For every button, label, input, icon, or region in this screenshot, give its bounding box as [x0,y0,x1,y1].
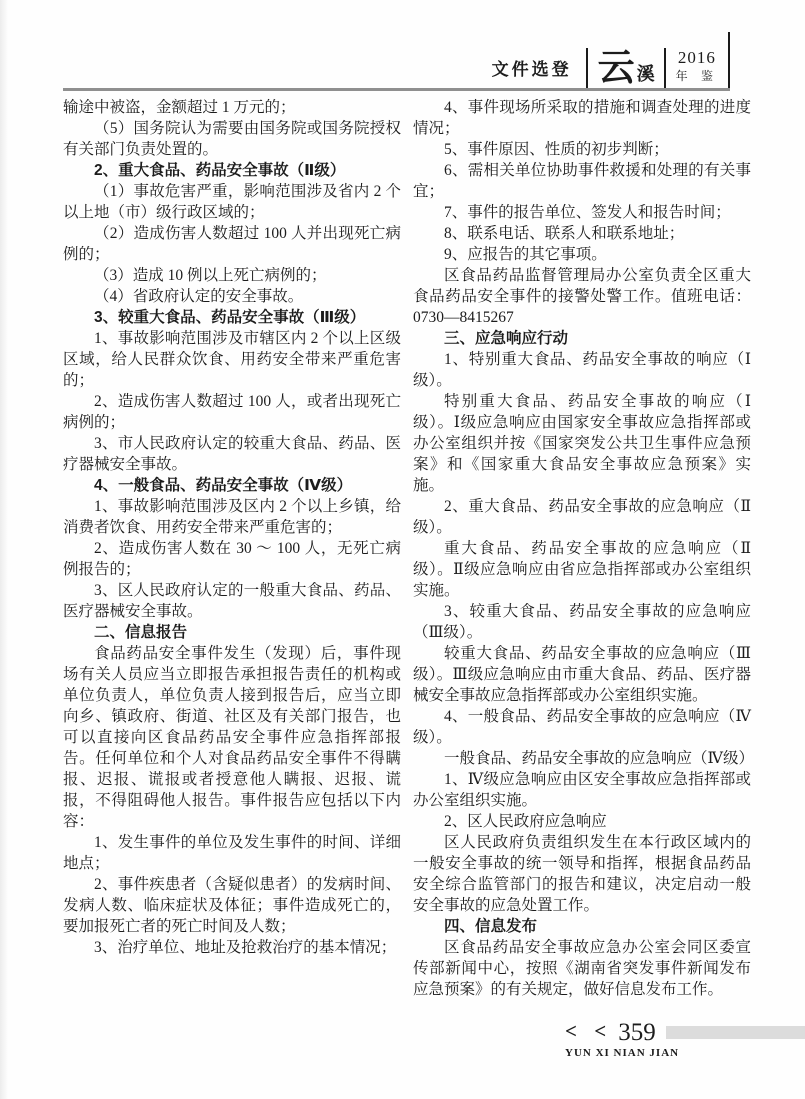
paragraph: 食品药品安全事件发生（发现）后，事件现场有关人员应当立即报告承担报告责任的机构或… [63,643,401,832]
footer-bar [666,1026,805,1039]
paragraph: 重大食品、药品安全事故的应急响应（Ⅱ级）。Ⅱ级应急响应由省应急指挥部或办公室组织… [413,538,751,601]
paragraph: 5、事件原因、性质的初步判断； [413,139,751,160]
brand-character-large: 云 [598,49,635,86]
paragraph: （1）事故危害严重，影响范围涉及省内 2 个以上地（市）级行政区域的； [63,181,401,223]
brand-logo: 云 溪 [588,49,664,88]
paragraph: 2、区人民政府应急响应 [413,811,751,832]
page-header: 文件选登 云 溪 2016 年 鉴 [63,30,730,88]
paragraph: 3、较重大食品、药品安全事故的应急响应（Ⅲ级）。 [413,601,751,643]
paragraph: 7、事件的报告单位、签发人和报告时间； [413,202,751,223]
footer-romanization: YUN XI NIAN JIAN [565,1047,805,1059]
text-column-left: 输途中被盗，金额超过 1 万元的；（5）国务院认为需要由国务院或国务院授权有关部… [63,97,401,958]
section-heading: 三、应急响应行动 [413,328,751,349]
paragraph: 输途中被盗，金额超过 1 万元的； [63,97,401,118]
paragraph: 8、联系电话、联系人和联系地址； [413,223,751,244]
paragraph: （2）造成伤害人数超过 100 人并出现死亡病例的； [63,223,401,265]
paragraph: 1、特别重大食品、药品安全事故的响应（Ⅰ级）。 [413,349,751,391]
brand-character-small: 溪 [637,65,655,86]
paragraph: 6、需相关单位协助事件救援和处理的有关事宜； [413,160,751,202]
year-badge: 2016 年 鉴 [666,49,728,88]
paragraph: 1、发生事件的单位及发生事件的时间、详细地点； [63,832,401,874]
paragraph: 区食品药品安全事故应急办公室会同区委宣传部新闻中心，按照《湖南省突发事件新闻发布… [413,937,751,1000]
section-heading: 四、信息发布 [413,916,751,937]
paragraph: 2、重大食品、药品安全事故的应急响应（Ⅱ级）。 [413,496,751,538]
paragraph: 较重大食品、药品安全事故的应急响应（Ⅲ级）。Ⅲ级应急响应由市重大食品、药品、医疗… [413,643,751,706]
section-label: 文件选登 [492,55,572,88]
header-divider [728,32,730,88]
paragraph: 1、Ⅳ级应急响应由区安全事故应急指挥部或办公室组织实施。 [413,769,751,811]
paragraph: 1、事故影响范围涉及区内 2 个以上乡镇，给消费者饮食、用药安全带来严重危害的； [63,496,401,538]
paragraph: （3）造成 10 例以上死亡病例的； [63,265,401,286]
section-heading: 3、较重大食品、药品安全事故（Ⅲ级） [63,307,401,328]
paragraph: 区食品药品监督管理局办公室负责全区重大食品药品安全事件的接警处警工作。值班电话：… [413,265,751,328]
year-number: 2016 [678,49,716,68]
year-suffix: 年 鉴 [676,69,718,85]
paragraph: 3、区人民政府认定的一般重大食品、药品、医疗器械安全事故。 [63,580,401,622]
paragraph: （5）国务院认为需要由国务院或国务院授权有关部门负责处置的。 [63,118,401,160]
page-footer: < < 359 YUN XI NIAN JIAN [565,1020,805,1059]
paragraph: 4、事件现场所采取的措施和调查处理的进度情况； [413,97,751,139]
footer-row: < < 359 [565,1020,805,1045]
paragraph: （4）省政府认定的安全事故。 [63,286,401,307]
section-heading: 2、重大食品、药品安全事故（Ⅱ级） [63,160,401,181]
page-chevrons-icon: < < [565,1021,612,1044]
paragraph: 2、造成伤害人数超过 100 人，或者出现死亡病例的； [63,391,401,433]
page-edge-shading [0,0,8,1099]
section-heading: 二、信息报告 [63,622,401,643]
paragraph: 9、应报告的其它事项。 [413,244,751,265]
header-rule [63,88,730,91]
paragraph: 3、市人民政府认定的较重大食品、药品、医疗器械安全事故。 [63,433,401,475]
paragraph: 1、事故影响范围涉及市辖区内 2 个以上区级区域，给人民群众饮食、用药安全带来严… [63,328,401,391]
paragraph: 一般食品、药品安全事故的应急响应（Ⅳ级） [413,748,751,769]
paragraph: 特别重大食品、药品安全事故的响应（Ⅰ级）。Ⅰ级应急响应由国家安全事故应急指挥部或… [413,391,751,496]
paragraph: 4、一般食品、药品安全事故的应急响应（Ⅳ级）。 [413,706,751,748]
paragraph: 3、治疗单位、地址及抢救治疗的基本情况； [63,937,401,958]
paragraph: 区人民政府负责组织发生在本行政区域内的一般安全事故的统一领导和指挥，根据食品药品… [413,832,751,916]
page-number: 359 [618,1020,656,1045]
paragraph: 2、事件疾患者（含疑似患者）的发病时间、发病人数、临床症状及体征；事件造成死亡的… [63,874,401,937]
section-heading: 4、一般食品、药品安全事故（Ⅳ级） [63,475,401,496]
paragraph: 2、造成伤害人数在 30 ～ 100 人，无死亡病例报告的； [63,538,401,580]
text-column-right: 4、事件现场所采取的措施和调查处理的进度情况；5、事件原因、性质的初步判断；6、… [413,97,751,1000]
